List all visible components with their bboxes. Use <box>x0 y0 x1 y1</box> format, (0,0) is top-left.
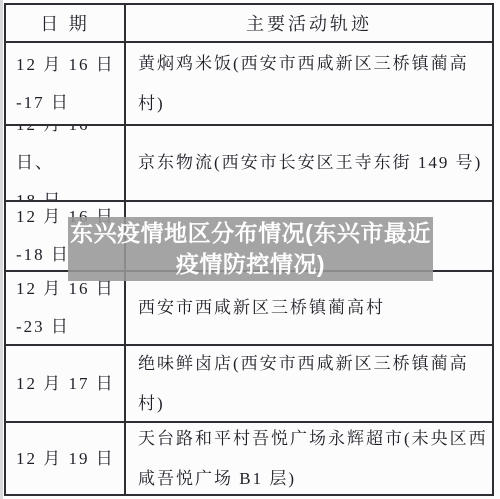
table-row: 12 月 17 日 绝味鲜卤店(西安市西咸新区三桥镇蔺高 村) <box>6 344 492 421</box>
page-edge-strip <box>0 0 3 499</box>
watermark-title: 东兴疫情地区分布情况(东兴市最近 疫情防控情况) <box>70 218 431 280</box>
activity-cell: 绝味鲜卤店(西安市西咸新区三桥镇蔺高 村) <box>126 346 492 421</box>
header-date: 日 期 <box>6 5 126 41</box>
date-cell: 12 月 16 日 -23 日 <box>6 272 126 344</box>
activity-cell: 京东物流(西安市长安区王寺东街 149 号) <box>126 126 492 200</box>
watermark-banner: 东兴疫情地区分布情况(东兴市最近 疫情防控情况) <box>68 217 433 281</box>
activity-cell: 天台路和平村吾悦广场永辉超市(未央区西 咸吾悦广场 B1 层) <box>126 423 492 494</box>
header-activity: 主要活动轨迹 <box>126 5 492 41</box>
table-header-row: 日 期 主要活动轨迹 <box>6 5 492 41</box>
table-row: 12 月 19 日 天台路和平村吾悦广场永辉超市(未央区西 咸吾悦广场 B1 层… <box>6 421 492 494</box>
activity-cell: 西安市西咸新区三桥镇蔺高村 <box>126 272 492 344</box>
table-row: 12 月 16 日、 18 日 京东物流(西安市长安区王寺东街 149 号) <box>6 124 492 200</box>
date-cell: 12 月 16 日、 18 日 <box>6 126 126 200</box>
date-cell: 12 月 16 日 -17 日 <box>6 43 126 124</box>
table-row: 12 月 16 日 -23 日 西安市西咸新区三桥镇蔺高村 <box>6 270 492 344</box>
page: 日 期 主要活动轨迹 12 月 16 日 -17 日 黄焖鸡米饭(西安市西咸新区… <box>0 0 500 499</box>
activity-cell: 黄焖鸡米饭(西安市西咸新区三桥镇蔺高 村) <box>126 43 492 124</box>
table-row: 12 月 16 日 -17 日 黄焖鸡米饭(西安市西咸新区三桥镇蔺高 村) <box>6 41 492 124</box>
date-cell: 12 月 19 日 <box>6 423 126 494</box>
date-cell: 12 月 17 日 <box>6 346 126 421</box>
